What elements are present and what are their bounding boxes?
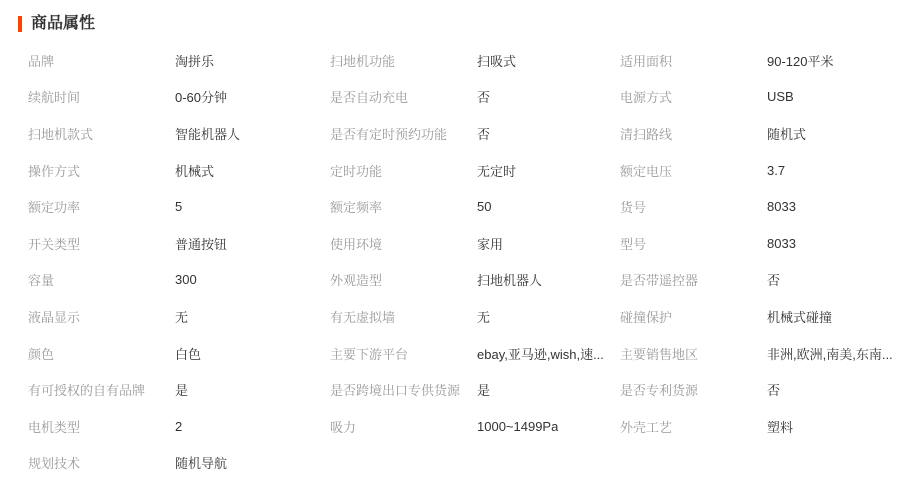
attribute-label: 主要下游平台 [330, 344, 477, 363]
attribute-label: 是否专利货源 [620, 380, 767, 399]
attribute-row: 开关类型普通按钮使用环境家用型号8033 [28, 225, 908, 262]
attribute-row: 电机类型2吸力1000~1499Pa外壳工艺塑料 [28, 408, 908, 445]
attribute-cell: 适用面积90-120平米 [620, 51, 908, 70]
attribute-cell: 是否跨境出口专供货源是 [330, 380, 620, 399]
attribute-value: 机械式 [175, 161, 214, 180]
attribute-label: 使用环境 [330, 234, 477, 253]
attribute-cell: 有无虚拟墙无 [330, 307, 620, 326]
attribute-cell: 额定电压3.7 [620, 161, 908, 180]
attribute-cell: 品牌淘拼乐 [28, 51, 330, 70]
attribute-label: 扫地机功能 [330, 51, 477, 70]
attribute-label: 品牌 [28, 51, 175, 70]
attribute-row: 有可授权的自有品牌是是否跨境出口专供货源是是否专利货源否 [28, 371, 908, 408]
attribute-value: 智能机器人 [175, 124, 240, 143]
attribute-value: 淘拼乐 [175, 51, 214, 70]
attribute-cell: 是否自动充电否 [330, 87, 620, 106]
attribute-value: 否 [477, 87, 490, 106]
attribute-value: 否 [767, 270, 780, 289]
attribute-label: 额定频率 [330, 197, 477, 216]
attribute-cell: 液晶显示无 [28, 307, 330, 326]
attribute-value: 无定时 [477, 161, 516, 180]
attributes-grid: 品牌淘拼乐扫地机功能扫吸式适用面积90-120平米续航时间0-60分钟是否自动充… [28, 42, 908, 481]
attribute-row: 规划技术随机导航 [28, 445, 908, 482]
attribute-label: 开关类型 [28, 234, 175, 253]
attribute-cell: 有可授权的自有品牌是 [28, 380, 330, 399]
attribute-row: 操作方式机械式定时功能无定时额定电压3.7 [28, 152, 908, 189]
attribute-cell: 是否专利货源否 [620, 380, 908, 399]
attribute-label: 货号 [620, 197, 767, 216]
attribute-label: 型号 [620, 234, 767, 253]
attribute-cell: 规划技术随机导航 [28, 453, 330, 472]
attribute-cell: 使用环境家用 [330, 234, 620, 253]
attribute-row: 容量300外观造型扫地机器人是否带遥控器否 [28, 262, 908, 299]
attribute-value: 0-60分钟 [175, 87, 227, 106]
attribute-label: 颜色 [28, 344, 175, 363]
attribute-cell: 型号8033 [620, 234, 908, 253]
attribute-value: 8033 [767, 199, 796, 214]
attribute-value: 3.7 [767, 163, 785, 178]
attribute-value: 普通按钮 [175, 234, 227, 253]
attribute-label: 外壳工艺 [620, 417, 767, 436]
attribute-value: 5 [175, 199, 182, 214]
attribute-row: 液晶显示无有无虚拟墙无碰撞保护机械式碰撞 [28, 298, 908, 335]
attribute-cell: 操作方式机械式 [28, 161, 330, 180]
attribute-value: 8033 [767, 236, 796, 251]
attribute-cell: 定时功能无定时 [330, 161, 620, 180]
attribute-cell: 扫地机款式智能机器人 [28, 124, 330, 143]
attribute-label: 操作方式 [28, 161, 175, 180]
attribute-row: 颜色白色主要下游平台ebay,亚马逊,wish,速...主要销售地区非洲,欧洲,… [28, 335, 908, 372]
attribute-value: 白色 [175, 344, 201, 363]
attribute-label: 是否带遥控器 [620, 270, 767, 289]
attribute-label: 有可授权的自有品牌 [28, 380, 175, 399]
attribute-label: 外观造型 [330, 270, 477, 289]
attribute-label: 清扫路线 [620, 124, 767, 143]
attribute-cell: 外观造型扫地机器人 [330, 270, 620, 289]
attribute-cell: 容量300 [28, 270, 330, 289]
attribute-label: 吸力 [330, 417, 477, 436]
attribute-cell: 是否有定时预约功能否 [330, 124, 620, 143]
attribute-cell: 电机类型2 [28, 417, 330, 436]
attribute-value: 无 [175, 307, 188, 326]
attribute-value: 扫吸式 [477, 51, 516, 70]
attribute-cell: 开关类型普通按钮 [28, 234, 330, 253]
attribute-label: 是否有定时预约功能 [330, 124, 477, 143]
attribute-label: 容量 [28, 270, 175, 289]
attribute-cell: 主要销售地区非洲,欧洲,南美,东南... [620, 344, 908, 363]
attribute-value: 1000~1499Pa [477, 419, 558, 434]
attribute-value: 机械式碰撞 [767, 307, 832, 326]
attribute-value: 是 [175, 380, 188, 399]
attribute-label: 额定功率 [28, 197, 175, 216]
attribute-value: 塑料 [767, 417, 793, 436]
attribute-value: 50 [477, 199, 491, 214]
attribute-label: 是否自动充电 [330, 87, 477, 106]
attribute-value: 扫地机器人 [477, 270, 542, 289]
attribute-row: 扫地机款式智能机器人是否有定时预约功能否清扫路线随机式 [28, 115, 908, 152]
attribute-cell: 外壳工艺塑料 [620, 417, 908, 436]
attribute-row: 品牌淘拼乐扫地机功能扫吸式适用面积90-120平米 [28, 42, 908, 79]
section-header: 商品属性 [18, 15, 908, 33]
attribute-row: 额定功率5额定频率50货号8033 [28, 188, 908, 225]
product-attributes-section: 商品属性 品牌淘拼乐扫地机功能扫吸式适用面积90-120平米续航时间0-60分钟… [0, 15, 908, 481]
attribute-label: 电机类型 [28, 417, 175, 436]
attribute-label: 定时功能 [330, 161, 477, 180]
attribute-label: 是否跨境出口专供货源 [330, 380, 477, 399]
attribute-label: 电源方式 [620, 87, 767, 106]
attribute-cell: 额定频率50 [330, 197, 620, 216]
attribute-label: 碰撞保护 [620, 307, 767, 326]
attribute-value: 2 [175, 419, 182, 434]
attribute-cell: 电源方式USB [620, 87, 908, 106]
attribute-value: 随机导航 [175, 453, 227, 472]
attribute-cell: 吸力1000~1499Pa [330, 417, 620, 436]
attribute-row: 续航时间0-60分钟是否自动充电否电源方式USB [28, 79, 908, 116]
attribute-value: 否 [477, 124, 490, 143]
attribute-cell: 颜色白色 [28, 344, 330, 363]
title-accent-bar [18, 16, 22, 32]
attribute-cell: 主要下游平台ebay,亚马逊,wish,速... [330, 344, 620, 363]
attribute-value: 是 [477, 380, 490, 399]
attribute-cell: 是否带遥控器否 [620, 270, 908, 289]
attribute-value: 随机式 [767, 124, 806, 143]
attribute-value: ebay,亚马逊,wish,速... [477, 344, 604, 363]
attribute-value: 家用 [477, 234, 503, 253]
attribute-label: 有无虚拟墙 [330, 307, 477, 326]
section-title: 商品属性 [31, 15, 95, 33]
attribute-label: 液晶显示 [28, 307, 175, 326]
attribute-label: 规划技术 [28, 453, 175, 472]
attribute-value: 无 [477, 307, 490, 326]
attribute-cell: 清扫路线随机式 [620, 124, 908, 143]
attribute-label: 额定电压 [620, 161, 767, 180]
attribute-cell: 扫地机功能扫吸式 [330, 51, 620, 70]
attribute-value: 否 [767, 380, 780, 399]
attribute-label: 续航时间 [28, 87, 175, 106]
attribute-label: 扫地机款式 [28, 124, 175, 143]
attribute-cell: 碰撞保护机械式碰撞 [620, 307, 908, 326]
attribute-value: 非洲,欧洲,南美,东南... [767, 344, 893, 363]
attribute-value: USB [767, 89, 794, 104]
attribute-cell: 货号8033 [620, 197, 908, 216]
attribute-label: 适用面积 [620, 51, 767, 70]
attribute-cell: 续航时间0-60分钟 [28, 87, 330, 106]
attribute-label: 主要销售地区 [620, 344, 767, 363]
attribute-value: 300 [175, 272, 197, 287]
attribute-cell: 额定功率5 [28, 197, 330, 216]
attribute-value: 90-120平米 [767, 51, 833, 70]
